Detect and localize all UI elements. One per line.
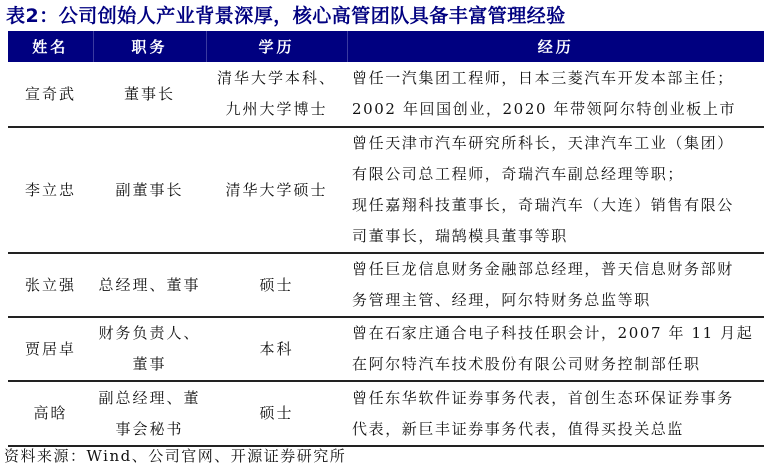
cell-position: 副总经理、董 事会秘书: [93, 381, 206, 446]
cell-experience: 曾任天津市汽车研究所科长，天津汽车工业（集团） 有限公司总工程师，奇瑞汽车副总经…: [347, 127, 764, 253]
cell-name: 贾居卓: [8, 317, 93, 381]
cell-experience: 曾任巨龙信息财务金融部总经理，普天信息财务部财 务管理主管、经理，阿尔特财务总监…: [347, 253, 764, 317]
header-name: 姓名: [8, 31, 93, 62]
cell-education: 硕士: [206, 381, 347, 446]
cell-position: 副董事长: [93, 127, 206, 253]
cell-education: 清华大学本科、 九州大学博士: [206, 62, 347, 127]
cell-name: 张立强: [8, 253, 93, 317]
cell-position: 财务负责人、 董事: [93, 317, 206, 381]
cell-name: 高晗: [8, 381, 93, 446]
cell-education: 清华大学硕士: [206, 127, 347, 253]
table-row: 李立忠 副董事长 清华大学硕士 曾任天津市汽车研究所科长，天津汽车工业（集团） …: [8, 127, 764, 253]
table-row: 张立强 总经理、董事 硕士 曾任巨龙信息财务金融部总经理，普天信息财务部财 务管…: [8, 253, 764, 317]
cell-experience: 曾任东华软件证券事务代表，首创生态环保证券事务 代表，新巨丰证券事务代表，值得买…: [347, 381, 764, 446]
cell-experience: 曾任一汽集团工程师，日本三菱汽车开发本部主任； 2002 年回国创业，2020 …: [347, 62, 764, 127]
management-table: 姓名 职务 学历 经历 宣奇武 董事长 清华大学本科、 九州大学博士 曾任一汽集…: [8, 31, 764, 447]
cell-name: 宣奇武: [8, 62, 93, 127]
header-position: 职务: [93, 31, 206, 62]
header-education: 学历: [206, 31, 347, 62]
cell-experience: 曾在石家庄通合电子科技任职会计，2007 年 11 月起 在阿尔特汽车技术股份有…: [347, 317, 764, 381]
header-experience: 经历: [347, 31, 764, 62]
cell-education: 硕士: [206, 253, 347, 317]
table-row: 宣奇武 董事长 清华大学本科、 九州大学博士 曾任一汽集团工程师，日本三菱汽车开…: [8, 62, 764, 127]
table-title: 表2：公司创始人产业背景深厚，核心高管团队具备丰富管理经验: [6, 2, 566, 30]
table-row: 高晗 副总经理、董 事会秘书 硕士 曾任东华软件证券事务代表，首创生态环保证券事…: [8, 381, 764, 446]
cell-education: 本科: [206, 317, 347, 381]
table-row: 贾居卓 财务负责人、 董事 本科 曾在石家庄通合电子科技任职会计，2007 年 …: [8, 317, 764, 381]
header-row: 姓名 职务 学历 经历: [8, 31, 764, 62]
source-note: 资料来源：Wind、公司官网、开源证券研究所: [4, 444, 346, 468]
cell-position: 总经理、董事: [93, 253, 206, 317]
cell-name: 李立忠: [8, 127, 93, 253]
cell-position: 董事长: [93, 62, 206, 127]
